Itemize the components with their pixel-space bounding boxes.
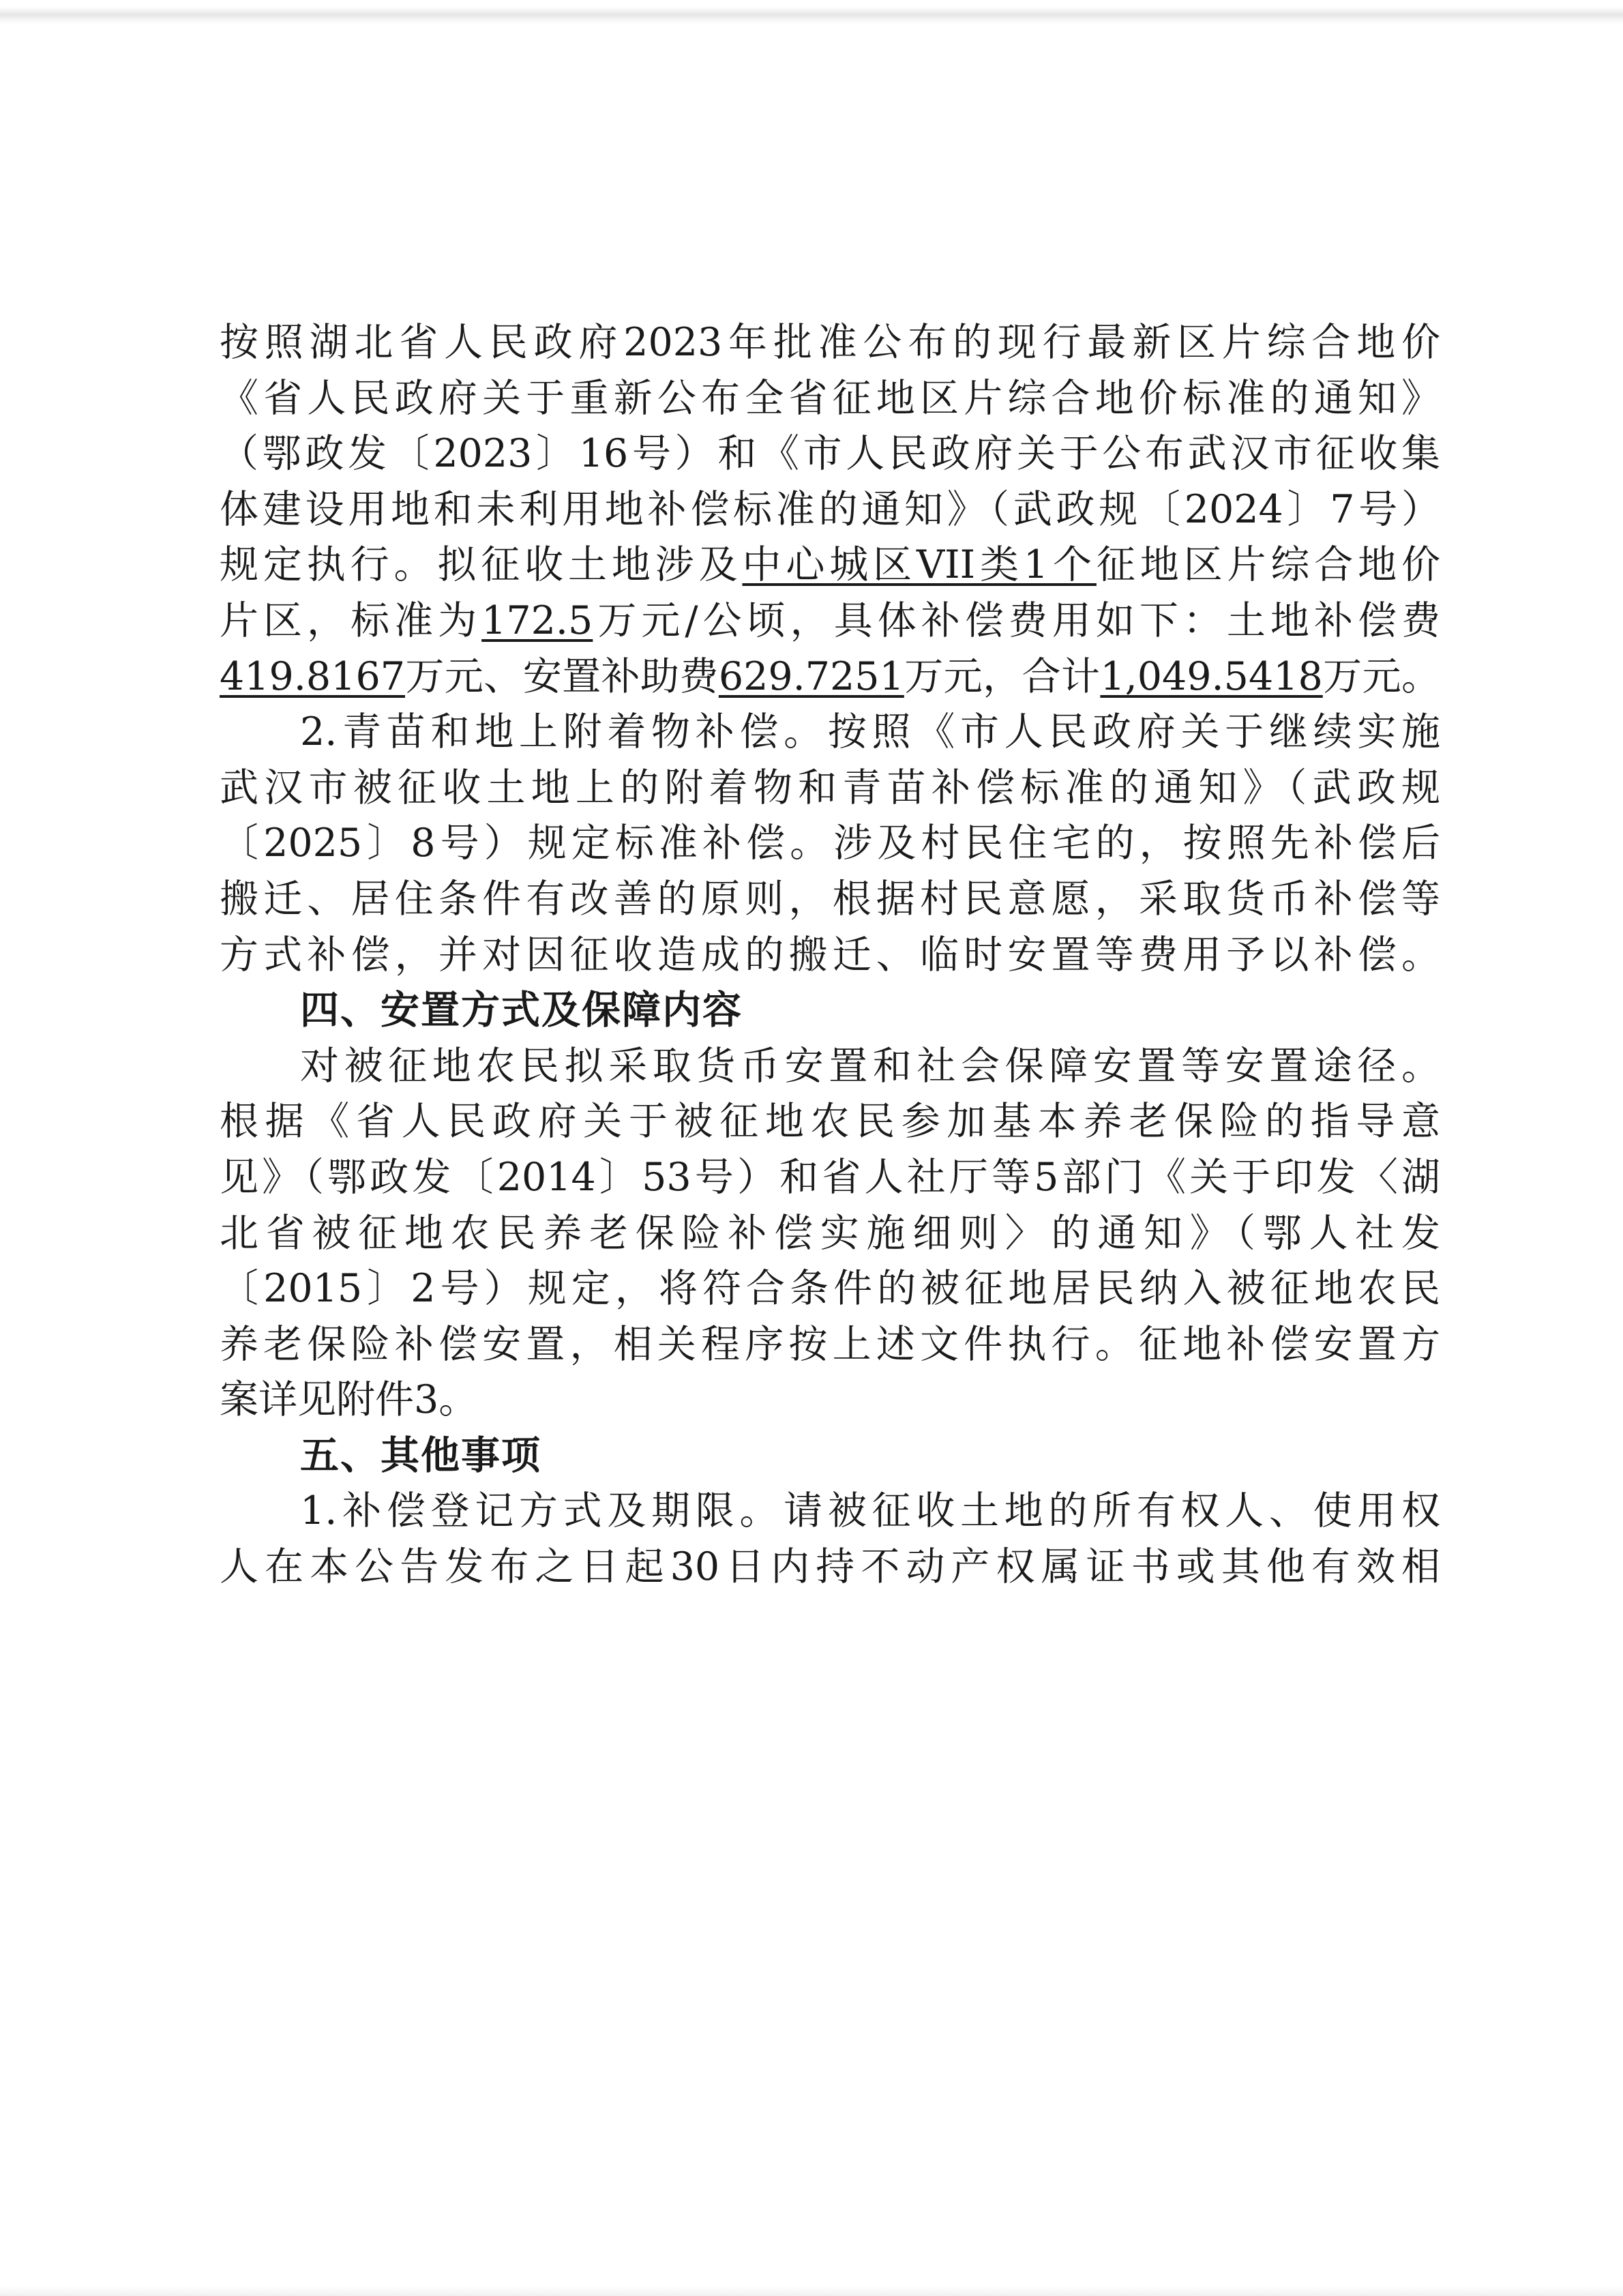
text-segment: 搬迁、居住条件有改善的原则，根据村民意愿，采取货币补偿等: [220, 877, 1440, 922]
text-segment: 案详见附件3。: [220, 1377, 477, 1422]
text-line: 按照湖北省人民政府2023年批准公布的现行最新区片综合地价: [220, 315, 1440, 371]
text-segment: 〔2025〕8号）规定标准补偿。涉及村民住宅的，按照先补偿后: [220, 821, 1440, 866]
text-line: 见》（鄂政发〔2014〕53号）和省人社厅等5部门《关于印发〈湖: [220, 1150, 1440, 1206]
text-segment: 片区，标准为: [220, 598, 481, 643]
text-line: （鄂政发〔2023〕16号）和《市人民政府关于公布武汉市征收集: [220, 426, 1440, 482]
total-compensation-value: 1,049.5418: [1100, 654, 1322, 699]
text-segment: 《省人民政府关于重新公布全省征地区片综合地价标准的通知》: [220, 376, 1440, 421]
text-segment: 〔2015〕2号）规定，将符合条件的被征地居民纳入被征地农民: [220, 1266, 1440, 1311]
text-segment: 人在本公告发布之日起30日内持不动产权属证书或其他有效相: [220, 1544, 1440, 1589]
land-compensation-value: 419.8167: [220, 654, 405, 699]
text-segment: 武汉市被征收土地上的附着物和青苗补偿标准的通知》（武政规: [220, 765, 1440, 810]
section-heading-4: 四、安置方式及保障内容: [220, 983, 1440, 1039]
text-line: 根据《省人民政府关于被征地农民参加基本养老保险的指导意: [220, 1094, 1440, 1150]
text-line: 北省被征地农民养老保险补偿实施细则〉的通知》（鄂人社发: [220, 1206, 1440, 1262]
text-segment: 万元。: [1323, 654, 1440, 699]
text-segment: （鄂政发〔2023〕16号）和《市人民政府关于公布武汉市征收集: [220, 431, 1440, 476]
section-heading-text: 五、其他事项: [300, 1433, 541, 1478]
text-line: 419.8167万元、安置补助费629.7251万元，合计1,049.5418万…: [220, 649, 1440, 705]
text-segment: 万元，合计: [904, 654, 1101, 699]
text-line: 对被征地农民拟采取货币安置和社会保障安置等安置途径。: [220, 1039, 1440, 1095]
text-line: 体建设用地和未利用地补偿标准的通知》（武政规〔2024〕7号）: [220, 482, 1440, 538]
text-segment: 根据《省人民政府关于被征地农民参加基本养老保险的指导意: [220, 1099, 1440, 1144]
text-line: 人在本公告发布之日起30日内持不动产权属证书或其他有效相: [220, 1540, 1440, 1595]
text-line: 养老保险补偿安置，相关程序按上述文件执行。征地补偿安置方: [220, 1317, 1440, 1373]
text-segment: 1.补偿登记方式及期限。请被征收土地的所有权人、使用权: [300, 1488, 1440, 1533]
text-segment: 见》（鄂政发〔2014〕53号）和省人社厅等5部门《关于印发〈湖: [220, 1155, 1440, 1200]
text-line: 2.青苗和地上附着物补偿。按照《市人民政府关于继续实施: [220, 705, 1440, 761]
text-line: 规定执行。拟征收土地涉及中心城区VII类1个征地区片综合地价: [220, 538, 1440, 593]
text-segment: 规定执行。拟征收土地涉及: [220, 542, 742, 587]
text-line: 武汉市被征收土地上的附着物和青苗补偿标准的通知》（武政规: [220, 761, 1440, 816]
text-segment: 对被征地农民拟采取货币安置和社会保障安置等安置途径。: [300, 1044, 1440, 1089]
text-segment: 北省被征地农民养老保险补偿实施细则〉的通知》（鄂人社发: [220, 1211, 1440, 1256]
text-line: 1.补偿登记方式及期限。请被征收土地的所有权人、使用权: [220, 1484, 1440, 1540]
text-line: 《省人民政府关于重新公布全省征地区片综合地价标准的通知》: [220, 371, 1440, 427]
text-segment: 方式补偿，并对因征收造成的搬迁、临时安置等费用予以补偿。: [220, 932, 1440, 977]
resettlement-subsidy-value: 629.7251: [719, 654, 904, 699]
scan-bottom-edge: [0, 2286, 1623, 2296]
text-segment: 2.青苗和地上附着物补偿。按照《市人民政府关于继续实施: [300, 709, 1440, 754]
text-segment: 万元、安置补助费: [405, 654, 719, 699]
text-line: 方式补偿，并对因征收造成的搬迁、临时安置等费用予以补偿。: [220, 928, 1440, 984]
text-line: 片区，标准为172.5万元/公顷，具体补偿费用如下：土地补偿费: [220, 593, 1440, 649]
text-segment: 万元/公顷，具体补偿费用如下：土地补偿费: [593, 598, 1440, 643]
text-line: 〔2015〕2号）规定，将符合条件的被征地居民纳入被征地农民: [220, 1261, 1440, 1317]
text-line: 案详见附件3。: [220, 1372, 1440, 1428]
text-segment: 体建设用地和未利用地补偿标准的通知》（武政规〔2024〕7号）: [220, 487, 1440, 532]
text-line: 搬迁、居住条件有改善的原则，根据村民意愿，采取货币补偿等: [220, 872, 1440, 928]
standard-price-value: 172.5: [481, 598, 593, 643]
text-segment: 按照湖北省人民政府2023年批准公布的现行最新区片综合地价: [220, 320, 1440, 365]
section-heading-5: 五、其他事项: [220, 1428, 1440, 1484]
text-segment: 征地区片综合地价: [1097, 542, 1440, 587]
document-page: 按照湖北省人民政府2023年批准公布的现行最新区片综合地价 《省人民政府关于重新…: [220, 315, 1440, 1595]
section-heading-text: 四、安置方式及保障内容: [300, 988, 743, 1033]
text-line: 〔2025〕8号）规定标准补偿。涉及村民住宅的，按照先补偿后: [220, 816, 1440, 872]
scan-top-edge: [0, 7, 1623, 25]
text-segment: 养老保险补偿安置，相关程序按上述文件执行。征地补偿安置方: [220, 1322, 1440, 1367]
zone-underlined-value: 中心城区VII类1个: [742, 542, 1096, 587]
